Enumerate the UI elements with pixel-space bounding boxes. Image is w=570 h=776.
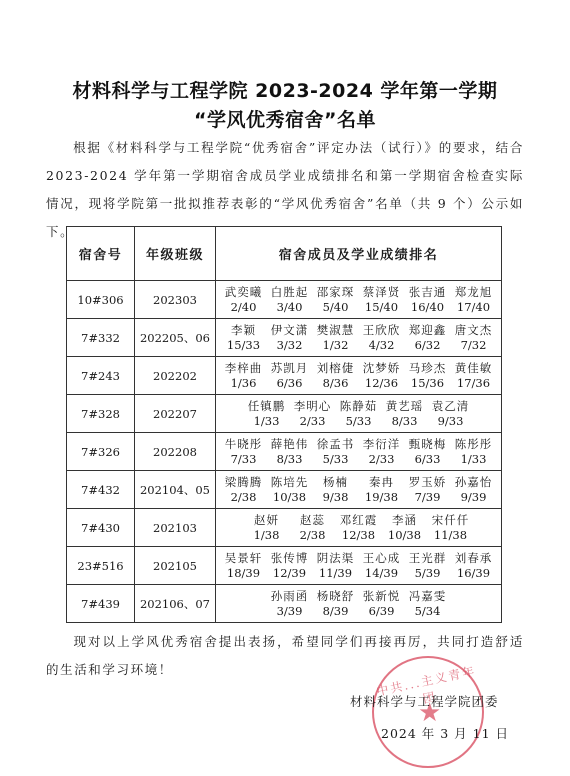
grade-class: 202103 <box>135 509 216 547</box>
member-rank: 5/40 <box>323 300 349 315</box>
members-cell: 吴景轩18/39张传博12/39阴法渠11/39王心成14/39王光群5/39刘… <box>216 547 502 585</box>
grade-class: 202208 <box>135 433 216 471</box>
member-name: 刘春承 <box>455 551 493 566</box>
member-rank: 10/38 <box>273 490 306 505</box>
member-entry: 陈培先10/38 <box>270 475 310 505</box>
member-entry: 黄艺瑶8/33 <box>385 399 425 429</box>
member-name: 甄晓梅 <box>409 437 447 452</box>
member-rank: 3/39 <box>277 604 303 619</box>
member-name: 冯嘉雯 <box>409 589 447 604</box>
table-header-row: 宿舍号 年级班级 宿舍成员及学业成绩排名 <box>67 227 502 281</box>
member-name: 王光群 <box>409 551 447 566</box>
member-rank: 7/32 <box>461 338 487 353</box>
member-entry: 刘榕倢8/36 <box>316 361 356 391</box>
members-cell: 李梓曲1/36苏凯月6/36刘榕倢8/36沈梦娇12/36马珍杰15/36黄佳敏… <box>216 357 502 395</box>
member-rank: 11/39 <box>319 566 352 581</box>
member-entry: 梁腾腾2/38 <box>224 475 264 505</box>
member-rank: 12/39 <box>273 566 306 581</box>
member-rank: 9/33 <box>438 414 464 429</box>
member-name: 蔡泽贤 <box>363 285 401 300</box>
member-entry: 张新悦6/39 <box>362 589 402 619</box>
member-entry: 李明心2/33 <box>293 399 333 429</box>
members-cell: 梁腾腾2/38陈培先10/38杨楠9/38秦冉19/38罗玉娇7/39孙嘉怡9/… <box>216 471 502 509</box>
member-rank: 3/40 <box>277 300 303 315</box>
member-name: 袁乙清 <box>432 399 470 414</box>
member-name: 郑迎鑫 <box>409 323 447 338</box>
member-rank: 6/39 <box>369 604 395 619</box>
table-row: 7#243202202李梓曲1/36苏凯月6/36刘榕倢8/36沈梦娇12/36… <box>67 357 502 395</box>
member-name: 陈静茹 <box>340 399 378 414</box>
member-entry: 马珍杰15/36 <box>408 361 448 391</box>
member-entry: 唐文杰7/32 <box>454 323 494 353</box>
member-entry: 赵蕊2/38 <box>293 513 333 543</box>
member-entry: 武奕曦2/40 <box>224 285 264 315</box>
member-name: 邓红霞 <box>340 513 378 528</box>
member-list: 李梓曲1/36苏凯月6/36刘榕倢8/36沈梦娇12/36马珍杰15/36黄佳敏… <box>216 361 501 391</box>
member-name: 徐孟书 <box>317 437 355 452</box>
member-entry: 宋仟仟11/38 <box>431 513 471 543</box>
member-name: 李颖 <box>231 323 256 338</box>
member-entry: 伊文潇3/32 <box>270 323 310 353</box>
member-name: 唐文杰 <box>455 323 493 338</box>
member-name: 梁腾腾 <box>225 475 263 490</box>
member-name: 任镇鹏 <box>248 399 286 414</box>
member-name: 孙雨函 <box>271 589 309 604</box>
member-name: 沈梦娇 <box>363 361 401 376</box>
member-entry: 杨楠9/38 <box>316 475 356 505</box>
member-entry: 张传博12/39 <box>270 551 310 581</box>
member-entry: 李颖15/33 <box>224 323 264 353</box>
member-entry: 薛艳伟8/33 <box>270 437 310 467</box>
member-name: 黄佳敏 <box>455 361 493 376</box>
member-entry: 李衍洋2/33 <box>362 437 402 467</box>
table-row: 7#326202208牛晓彤7/33薛艳伟8/33徐孟书5/33李衍洋2/33甄… <box>67 433 502 471</box>
member-rank: 2/33 <box>369 452 395 467</box>
dorm-number: 7#439 <box>67 585 135 623</box>
member-name: 杨晓舒 <box>317 589 355 604</box>
member-rank: 6/36 <box>277 376 303 391</box>
member-list: 武奕曦2/40白胜起3/40邵家琛5/40蔡泽贤15/40张吉通16/40郑龙旭… <box>216 285 501 315</box>
document-title-line1: 材料科学与工程学院 2023-2024 学年第一学期 <box>0 76 570 103</box>
member-entry: 袁乙清9/33 <box>431 399 471 429</box>
grade-class: 202104、05 <box>135 471 216 509</box>
member-rank: 1/36 <box>231 376 257 391</box>
signature-organization: 材料科学与工程学院团委 <box>350 692 499 710</box>
member-rank: 6/33 <box>415 452 441 467</box>
member-rank: 12/38 <box>342 528 375 543</box>
member-entry: 孙嘉怡9/39 <box>454 475 494 505</box>
member-rank: 15/40 <box>365 300 398 315</box>
member-name: 黄艺瑶 <box>386 399 424 414</box>
member-entry: 邓红霞12/38 <box>339 513 379 543</box>
member-entry: 白胜起3/40 <box>270 285 310 315</box>
member-name: 武奕曦 <box>225 285 263 300</box>
member-rank: 1/38 <box>254 528 280 543</box>
member-entry: 郑龙旭17/40 <box>454 285 494 315</box>
member-name: 邵家琛 <box>317 285 355 300</box>
member-name: 陈培先 <box>271 475 309 490</box>
member-rank: 7/33 <box>231 452 257 467</box>
member-rank: 5/39 <box>415 566 441 581</box>
member-entry: 杨晓舒8/39 <box>316 589 356 619</box>
member-rank: 8/36 <box>323 376 349 391</box>
dorm-number: 23#516 <box>67 547 135 585</box>
member-name: 马珍杰 <box>409 361 447 376</box>
member-entry: 阴法渠11/39 <box>316 551 356 581</box>
members-cell: 任镇鹏1/33李明心2/33陈静茹5/33黄艺瑶8/33袁乙清9/33 <box>216 395 502 433</box>
member-list: 李颖15/33伊文潇3/32樊淑慧1/32王欣欣4/32郑迎鑫6/32唐文杰7/… <box>216 323 501 353</box>
member-rank: 15/33 <box>227 338 260 353</box>
member-rank: 2/38 <box>231 490 257 505</box>
grade-class: 202202 <box>135 357 216 395</box>
member-entry: 孙雨函3/39 <box>270 589 310 619</box>
member-entry: 冯嘉雯5/34 <box>408 589 448 619</box>
member-entry: 罗玉娇7/39 <box>408 475 448 505</box>
member-name: 陈彤彤 <box>455 437 493 452</box>
signature-date: 2024 年 3 月 11 日 <box>381 724 509 742</box>
member-name: 罗玉娇 <box>409 475 447 490</box>
member-entry: 郑迎鑫6/32 <box>408 323 448 353</box>
dorm-number: 7#328 <box>67 395 135 433</box>
member-rank: 17/40 <box>457 300 490 315</box>
member-name: 赵蕊 <box>300 513 325 528</box>
members-cell: 牛晓彤7/33薛艳伟8/33徐孟书5/33李衍洋2/33甄晓梅6/33陈彤彤1/… <box>216 433 502 471</box>
member-entry: 刘春承16/39 <box>454 551 494 581</box>
grade-class: 202105 <box>135 547 216 585</box>
member-rank: 3/32 <box>277 338 303 353</box>
member-entry: 王欣欣4/32 <box>362 323 402 353</box>
member-rank: 9/39 <box>461 490 487 505</box>
member-entry: 邵家琛5/40 <box>316 285 356 315</box>
member-list: 孙雨函3/39杨晓舒8/39张新悦6/39冯嘉雯5/34 <box>216 589 501 619</box>
member-name: 李涵 <box>392 513 417 528</box>
member-name: 李梓曲 <box>225 361 263 376</box>
member-name: 张新悦 <box>363 589 401 604</box>
member-name: 刘榕倢 <box>317 361 355 376</box>
header-dorm-number: 宿舍号 <box>67 227 135 281</box>
member-entry: 陈彤彤1/33 <box>454 437 494 467</box>
member-name: 薛艳伟 <box>271 437 309 452</box>
member-entry: 陈静茹5/33 <box>339 399 379 429</box>
member-entry: 甄晓梅6/33 <box>408 437 448 467</box>
table-row: 7#430202103赵妍1/38赵蕊2/38邓红霞12/38李涵10/38宋仟… <box>67 509 502 547</box>
member-entry: 沈梦娇12/36 <box>362 361 402 391</box>
member-entry: 徐孟书5/33 <box>316 437 356 467</box>
dorm-number: 7#243 <box>67 357 135 395</box>
member-name: 白胜起 <box>271 285 309 300</box>
member-name: 苏凯月 <box>271 361 309 376</box>
member-list: 任镇鹏1/33李明心2/33陈静茹5/33黄艺瑶8/33袁乙清9/33 <box>216 399 501 429</box>
member-entry: 樊淑慧1/32 <box>316 323 356 353</box>
member-entry: 苏凯月6/36 <box>270 361 310 391</box>
member-rank: 10/38 <box>388 528 421 543</box>
member-entry: 张吉通16/40 <box>408 285 448 315</box>
member-entry: 李梓曲1/36 <box>224 361 264 391</box>
member-rank: 1/33 <box>254 414 280 429</box>
document-title-line2: “学风优秀宿舍”名单 <box>0 105 570 132</box>
member-rank: 5/34 <box>415 604 441 619</box>
member-list: 牛晓彤7/33薛艳伟8/33徐孟书5/33李衍洋2/33甄晓梅6/33陈彤彤1/… <box>216 437 501 467</box>
members-cell: 李颖15/33伊文潇3/32樊淑慧1/32王欣欣4/32郑迎鑫6/32唐文杰7/… <box>216 319 502 357</box>
dorm-list-table: 宿舍号 年级班级 宿舍成员及学业成绩排名 10#306202303武奕曦2/40… <box>66 226 502 623</box>
member-name: 张传博 <box>271 551 309 566</box>
member-entry: 王心成14/39 <box>362 551 402 581</box>
member-entry: 秦冉19/38 <box>362 475 402 505</box>
member-list: 吴景轩18/39张传博12/39阴法渠11/39王心成14/39王光群5/39刘… <box>216 551 501 581</box>
member-rank: 2/40 <box>231 300 257 315</box>
table-row: 7#328202207任镇鹏1/33李明心2/33陈静茹5/33黄艺瑶8/33袁… <box>67 395 502 433</box>
member-name: 郑龙旭 <box>455 285 493 300</box>
member-rank: 2/33 <box>300 414 326 429</box>
member-name: 吴景轩 <box>225 551 263 566</box>
members-cell: 武奕曦2/40白胜起3/40邵家琛5/40蔡泽贤15/40张吉通16/40郑龙旭… <box>216 281 502 319</box>
table-row: 7#439202106、07孙雨函3/39杨晓舒8/39张新悦6/39冯嘉雯5/… <box>67 585 502 623</box>
member-rank: 8/33 <box>277 452 303 467</box>
member-entry: 赵妍1/38 <box>247 513 287 543</box>
member-rank: 5/33 <box>323 452 349 467</box>
member-entry: 王光群5/39 <box>408 551 448 581</box>
member-rank: 14/39 <box>365 566 398 581</box>
member-entry: 吴景轩18/39 <box>224 551 264 581</box>
member-name: 王心成 <box>363 551 401 566</box>
member-name: 张吉通 <box>409 285 447 300</box>
dorm-number: 7#430 <box>67 509 135 547</box>
header-grade-class: 年级班级 <box>135 227 216 281</box>
member-entry: 黄佳敏17/36 <box>454 361 494 391</box>
member-rank: 8/33 <box>392 414 418 429</box>
member-rank: 17/36 <box>457 376 490 391</box>
member-name: 伊文潇 <box>271 323 309 338</box>
member-rank: 15/36 <box>411 376 444 391</box>
member-rank: 12/36 <box>365 376 398 391</box>
members-cell: 赵妍1/38赵蕊2/38邓红霞12/38李涵10/38宋仟仟11/38 <box>216 509 502 547</box>
member-rank: 5/33 <box>346 414 372 429</box>
member-name: 阴法渠 <box>317 551 355 566</box>
grade-class: 202106、07 <box>135 585 216 623</box>
grade-class: 202207 <box>135 395 216 433</box>
dorm-number: 7#432 <box>67 471 135 509</box>
member-entry: 蔡泽贤15/40 <box>362 285 402 315</box>
member-name: 秦冉 <box>369 475 394 490</box>
member-list: 梁腾腾2/38陈培先10/38杨楠9/38秦冉19/38罗玉娇7/39孙嘉怡9/… <box>216 475 501 505</box>
member-name: 赵妍 <box>254 513 279 528</box>
member-name: 李明心 <box>294 399 332 414</box>
table-row: 7#432202104、05梁腾腾2/38陈培先10/38杨楠9/38秦冉19/… <box>67 471 502 509</box>
member-rank: 11/38 <box>434 528 467 543</box>
member-name: 牛晓彤 <box>225 437 263 452</box>
table-row: 23#516202105吴景轩18/39张传博12/39阴法渠11/39王心成1… <box>67 547 502 585</box>
member-rank: 2/38 <box>300 528 326 543</box>
member-name: 宋仟仟 <box>432 513 470 528</box>
member-name: 李衍洋 <box>363 437 401 452</box>
member-name: 孙嘉怡 <box>455 475 493 490</box>
member-rank: 9/38 <box>323 490 349 505</box>
table-row: 7#332202205、06李颖15/33伊文潇3/32樊淑慧1/32王欣欣4/… <box>67 319 502 357</box>
member-entry: 牛晓彤7/33 <box>224 437 264 467</box>
dorm-number: 7#326 <box>67 433 135 471</box>
member-entry: 李涵10/38 <box>385 513 425 543</box>
table-row: 10#306202303武奕曦2/40白胜起3/40邵家琛5/40蔡泽贤15/4… <box>67 281 502 319</box>
member-rank: 1/32 <box>323 338 349 353</box>
grade-class: 202205、06 <box>135 319 216 357</box>
member-list: 赵妍1/38赵蕊2/38邓红霞12/38李涵10/38宋仟仟11/38 <box>216 513 501 543</box>
member-rank: 7/39 <box>415 490 441 505</box>
member-rank: 16/39 <box>457 566 490 581</box>
member-rank: 4/32 <box>369 338 395 353</box>
member-rank: 1/33 <box>461 452 487 467</box>
member-rank: 19/38 <box>365 490 398 505</box>
member-rank: 6/32 <box>415 338 441 353</box>
dorm-number: 10#306 <box>67 281 135 319</box>
member-entry: 任镇鹏1/33 <box>247 399 287 429</box>
member-rank: 8/39 <box>323 604 349 619</box>
member-name: 杨楠 <box>323 475 348 490</box>
grade-class: 202303 <box>135 281 216 319</box>
members-cell: 孙雨函3/39杨晓舒8/39张新悦6/39冯嘉雯5/34 <box>216 585 502 623</box>
member-rank: 18/39 <box>227 566 260 581</box>
dorm-number: 7#332 <box>67 319 135 357</box>
member-name: 樊淑慧 <box>317 323 355 338</box>
member-rank: 16/40 <box>411 300 444 315</box>
member-name: 王欣欣 <box>363 323 401 338</box>
official-seal: 中共...主义青年团 ★ <box>372 656 484 768</box>
intro-text: 根据《材料科学与工程学院“优秀宿舍”评定办法（试行）》的要求，结合 2023-2… <box>46 140 524 239</box>
header-members-ranking: 宿舍成员及学业成绩排名 <box>216 227 502 281</box>
